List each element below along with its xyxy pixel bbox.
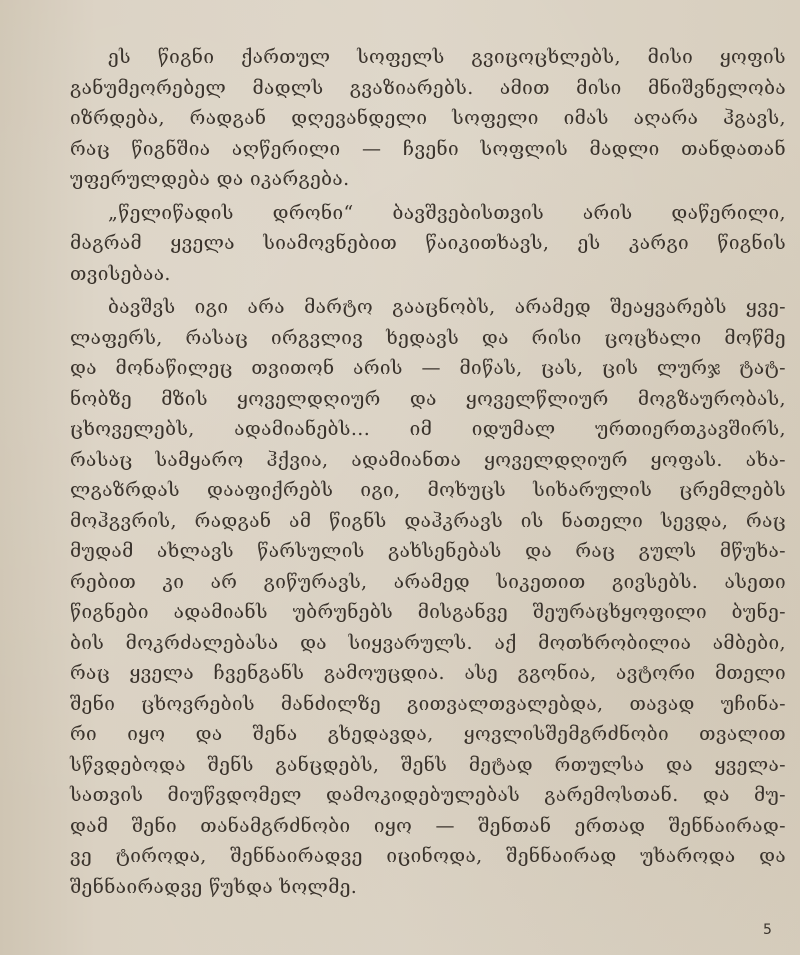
text-line: „წელიწადის დრონი“ ბავშვებისთვის არის დაწ… <box>70 198 786 229</box>
text-line: რაც წიგნშია აღწერილი — ჩვენი სოფლის მადლ… <box>70 134 786 165</box>
text-line: რი იყო და შენა გხედავდა, ყოვლისშემგრძნობ… <box>70 719 786 750</box>
text-line: რასაც სამყარო ჰქვია, ადამიანთა ყოველდღიუ… <box>70 445 786 476</box>
text-line: თვისებაა. <box>70 259 786 290</box>
text-line: დამ შენი თანამგრძნობი იყო — შენთან ერთად… <box>70 811 786 842</box>
page-number: 5 <box>763 922 772 938</box>
text-line: განუმეორებელ მადლს გვაზიარებს. ამით მისი… <box>70 73 786 104</box>
text-line: სათვის მიუწვდომელ დამოკიდებულებას გარემო… <box>70 780 786 811</box>
text-line: მოჰგვრის, რადგან ამ წიგნს დაჰკრავს ის ნა… <box>70 506 786 537</box>
text-line: სწვდებოდა შენს განცდებს, შენს მეტად რთულ… <box>70 750 786 781</box>
book-page: ეს წიგნი ქართულ სოფელს გვიცოცხლებს, მისი… <box>0 0 800 955</box>
text-line: და მონაწილეც თვითონ არის — მიწას, ცას, ც… <box>70 353 786 384</box>
text-line: იზრდება, რადგან დღევანდელი სოფელი იმას ა… <box>70 103 786 134</box>
text-line: ეს წიგნი ქართულ სოფელს გვიცოცხლებს, მისი… <box>70 42 786 73</box>
text-line: რაც ყველა ჩვენგანს გამოუცდია. ასე გგონია… <box>70 658 786 689</box>
body-text: ეს წიგნი ქართულ სოფელს გვიცოცხლებს, მისი… <box>70 42 786 902</box>
text-line: მუდამ ახლავს წარსულის გახსენებას და რაც … <box>70 536 786 567</box>
text-line: ბავშვს იგი არა მარტო გააცნობს, არამედ შე… <box>70 292 786 323</box>
text-line: მაგრამ ყველა სიამოვნებით წაიკითხავს, ეს … <box>70 228 786 259</box>
text-line: ლგაზრდას დააფიქრებს იგი, მოხუცს სიხარული… <box>70 475 786 506</box>
text-line: ცხოველებს, ადამიანებს... იმ იდუმალ ურთიე… <box>70 414 786 445</box>
text-line: შენი ცხოვრების მანძილზე გითვალთვალებდა, … <box>70 689 786 720</box>
text-line: ლაფერს, რასაც ირგვლივ ხედავს და რისი ცოც… <box>70 323 786 354</box>
text-line: შენნაირადვე წუხდა ხოლმე. <box>70 872 786 903</box>
text-line: უფერულდება და იკარგება. <box>70 164 786 195</box>
text-line: ვე ტიროდა, შენნაირადვე იცინოდა, შენნაირა… <box>70 841 786 872</box>
text-line: ნობზე მზის ყოველდღიურ და ყოველწლიურ მოგზ… <box>70 384 786 415</box>
text-line: ბის მოკრძალებასა და სიყვარულს. აქ მოთხრო… <box>70 628 786 659</box>
text-line: წიგნები ადამიანს უბრუნებს მისგანვე შეურა… <box>70 597 786 628</box>
text-line: რებით კი არ გიწურავს, არამედ სიკეთით გივ… <box>70 567 786 598</box>
